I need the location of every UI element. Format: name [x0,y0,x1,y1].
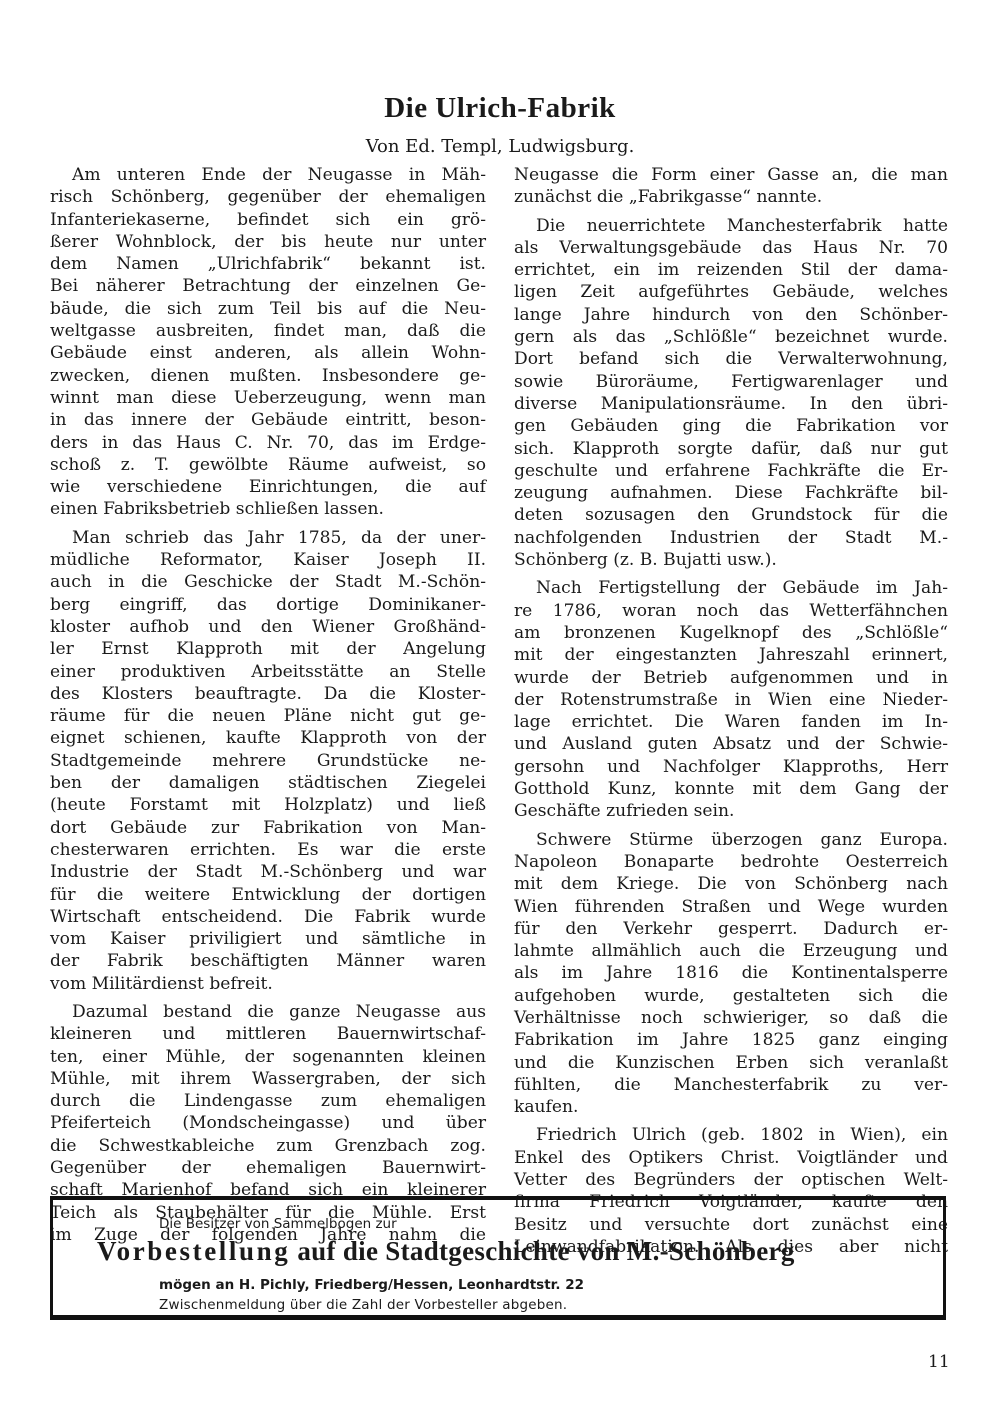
text-line: Mühle, mit ihrem Wassergraben, der sich [50,1068,486,1090]
text-line: kaufen. [514,1096,948,1118]
text-line: Nach Fertigstellung der Gebäude im Jah- [514,577,948,599]
text-line: weltgasse ausbreiten, findet man, daß di… [50,320,486,342]
text-line: und Ausland guten Absatz und der Schwie- [514,733,948,755]
text-line: kloster aufhob und den Wiener Großhänd- [50,616,486,638]
text-line: ders in das Haus C. Nr. 70, das im Erdge… [50,432,486,454]
text-line: Fabrikation im Jahre 1825 ganz einging [514,1029,948,1051]
text-line: für den Verkehr gesperrt. Dadurch er- [514,918,948,940]
paragraph: Am unteren Ende der Neugasse in Mäh-risc… [50,164,486,521]
text-line: am bronzenen Kugelknopf des „Schlößle“ [514,622,948,644]
text-line: Infanteriekaserne, befindet sich ein grö… [50,209,486,231]
ad-instruction-line: Zwischenmeldung über die Zahl der Vorbes… [159,1297,567,1313]
text-line: aufgehoben wurde, gestalteten sich die [514,985,948,1007]
text-line: als im Jahre 1816 die Kontinentalsperre [514,962,948,984]
text-line: ligen Zeit aufgeführtes Gebäude, welches [514,281,948,303]
text-line: für die weitere Entwicklung der dortigen [50,884,486,906]
text-line: gen Gebäuden ging die Fabrikation vor [514,415,948,437]
text-line: fühlten, die Manchesterfabrik zu ver- [514,1074,948,1096]
text-line: die Schwestkableiche zum Grenzbach zog. [50,1135,486,1157]
text-line: zeugung aufnahmen. Diese Fachkräfte bil- [514,482,948,504]
text-line: berg eingriff, das dortige Dominikaner- [50,594,486,616]
text-line: chesterwaren errichten. Es war die erste [50,839,486,861]
text-line: diverse Manipulationsräume. In den übri- [514,393,948,415]
text-line: eignet schienen, kaufte Klapproth von de… [50,727,486,749]
text-line: bäude, die sich zum Teil bis auf die Neu… [50,298,486,320]
text-line: ler Ernst Klapproth mit der Angelung [50,638,486,660]
text-line: mit dem Kriege. Die von Schönberg nach [514,873,948,895]
text-line: der Fabrik beschäftigten Männer waren [50,950,486,972]
text-line: des Klosters beauftragte. Da die Kloster… [50,683,486,705]
text-line: durch die Lindengasse zum ehemaligen [50,1090,486,1112]
text-line: in das innere der Gebäude eintritt, beso… [50,409,486,431]
text-line: geschulte und erfahrene Fachkräfte die E… [514,460,948,482]
text-line: nachfolgenden Industrien der Stadt M.- [514,527,948,549]
text-line: Dort befand sich die Verwalterwohnung, [514,348,948,370]
text-line: Verhältnisse noch schwieriger, so daß di… [514,1007,948,1029]
text-line: schoß z. T. gewölbte Räume aufweist, so [50,454,486,476]
text-line: einer produktiven Arbeitsstätte an Stell… [50,661,486,683]
paragraph: Schwere Stürme überzogen ganz Europa.Nap… [514,829,948,1119]
text-line: Pfeiferteich (Mondscheingasse) und über [50,1112,486,1134]
text-line: Schwere Stürme überzogen ganz Europa. [514,829,948,851]
text-line: als Verwaltungsgebäude das Haus Nr. 70 [514,237,948,259]
text-line: ben der damaligen städtischen Ziegelei [50,772,486,794]
text-line: errichtet, ein im reizenden Stil der dam… [514,259,948,281]
text-line: re 1786, woran noch das Wetterfähnchen [514,600,948,622]
right-column: Neugasse die Form einer Gasse an, die ma… [514,164,948,1264]
text-line: sich. Klapproth sorgte dafür, daß nur gu… [514,438,948,460]
ad-headline-rest: auf die Stadtgeschichte von M.-Schönberg [290,1236,794,1266]
text-line: wurde der Betrieb aufgenommen und in [514,667,948,689]
advertisement-box: Die Besitzer von Sammelbogen zur Vorbest… [50,1196,946,1320]
text-line: dort Gebäude zur Fabrikation von Man- [50,817,486,839]
ad-intro-line: Die Besitzer von Sammelbogen zur [159,1216,397,1232]
ad-headline-spaced: Vorbestellung [97,1236,290,1266]
text-line: (heute Forstamt mit Holzplatz) und ließ [50,794,486,816]
text-line: winnt man diese Ueberzeugung, wenn man [50,387,486,409]
article-title: Die Ulrich-Fabrik [0,92,1000,125]
text-line: auch in die Geschicke der Stadt M.-Schön… [50,571,486,593]
text-line: zunächst die „Fabrikgasse“ nannte. [514,186,948,208]
text-line: vom Kaiser priviligiert und sämtliche in [50,928,486,950]
text-line: dem Namen „Ulrichfabrik“ bekannt ist. [50,253,486,275]
text-line: risch Schönberg, gegenüber der ehemalige… [50,186,486,208]
text-line: vom Militärdienst befreit. [50,973,486,995]
text-line: müdliche Reformator, Kaiser Joseph II. [50,549,486,571]
text-line: einen Fabriksbetrieb schließen lassen. [50,498,486,520]
text-line: und die Kunzischen Erben sich veranlaßt [514,1052,948,1074]
text-line: mit der eingestanzten Jahreszahl erinner… [514,644,948,666]
article-byline: Von Ed. Templ, Ludwigsburg. [0,136,1000,157]
text-line: Gegenüber der ehemaligen Bauernwirt- [50,1157,486,1179]
text-line: Bei näherer Betrachtung der einzelnen Ge… [50,275,486,297]
paragraph: Die neuerrichtete Manchesterfabrik hatte… [514,215,948,572]
text-line: Neugasse die Form einer Gasse an, die ma… [514,164,948,186]
left-column: Am unteren Ende der Neugasse in Mäh-risc… [50,164,486,1252]
text-line: gersohn und Nachfolger Klapproths, Herr [514,756,948,778]
text-line: ten, einer Mühle, der sogenannten kleine… [50,1046,486,1068]
text-line: lage errichtet. Die Waren fanden im In- [514,711,948,733]
text-line: Stadtgemeinde mehrere Grundstücke ne- [50,750,486,772]
text-line: Napoleon Bonaparte bedrohte Oesterreich [514,851,948,873]
text-line: Wirtschaft entscheidend. Die Fabrik wurd… [50,906,486,928]
paragraph: Nach Fertigstellung der Gebäude im Jah-r… [514,577,948,822]
text-line: zwecken, dienen mußten. Insbesondere ge- [50,365,486,387]
text-line: Schönberg (z. B. Bujatti usw.). [514,549,948,571]
text-line: lahmte allmählich auch die Erzeugung und [514,940,948,962]
text-line: deten sozusagen den Grundstock für die [514,504,948,526]
page-number: 11 [928,1352,950,1372]
paragraph: Man schrieb das Jahr 1785, da der uner-m… [50,527,486,995]
text-line: Am unteren Ende der Neugasse in Mäh- [50,164,486,186]
text-line: wie verschiedene Einrichtungen, die auf [50,476,486,498]
ad-address-line: mögen an H. Pichly, Friedberg/Hessen, Le… [159,1277,584,1293]
text-line: gern als das „Schlößle“ bezeichnet wurde… [514,326,948,348]
text-line: Wien führenden Straßen und Wege wurden [514,896,948,918]
text-line: Dazumal bestand die ganze Neugasse aus [50,1001,486,1023]
text-line: Friedrich Ulrich (geb. 1802 in Wien), ei… [514,1124,948,1146]
text-line: Vetter des Begründers der optischen Welt… [514,1169,948,1191]
text-line: Enkel des Optikers Christ. Voigtländer u… [514,1147,948,1169]
text-line: der Rotenstrumstraße in Wien eine Nieder… [514,689,948,711]
text-line: Gebäude einst anderen, als allein Wohn- [50,342,486,364]
text-line: lange Jahre hindurch von den Schönber- [514,304,948,326]
text-line: Die neuerrichtete Manchesterfabrik hatte [514,215,948,237]
ad-headline: Vorbestellung auf die Stadtgeschichte vo… [97,1236,795,1267]
text-line: Industrie der Stadt M.-Schönberg und war [50,861,486,883]
text-line: kleineren und mittleren Bauernwirtschaf- [50,1023,486,1045]
paragraph: Neugasse die Form einer Gasse an, die ma… [514,164,948,209]
text-line: Gotthold Kunz, konnte mit dem Gang der [514,778,948,800]
text-line: Man schrieb das Jahr 1785, da der uner- [50,527,486,549]
text-line: räume für die neuen Pläne nicht gut ge- [50,705,486,727]
text-line: Geschäfte zufrieden sein. [514,800,948,822]
text-line: ßerer Wohnblock, der bis heute nur unter [50,231,486,253]
text-line: sowie Büroräume, Fertigwarenlager und [514,371,948,393]
